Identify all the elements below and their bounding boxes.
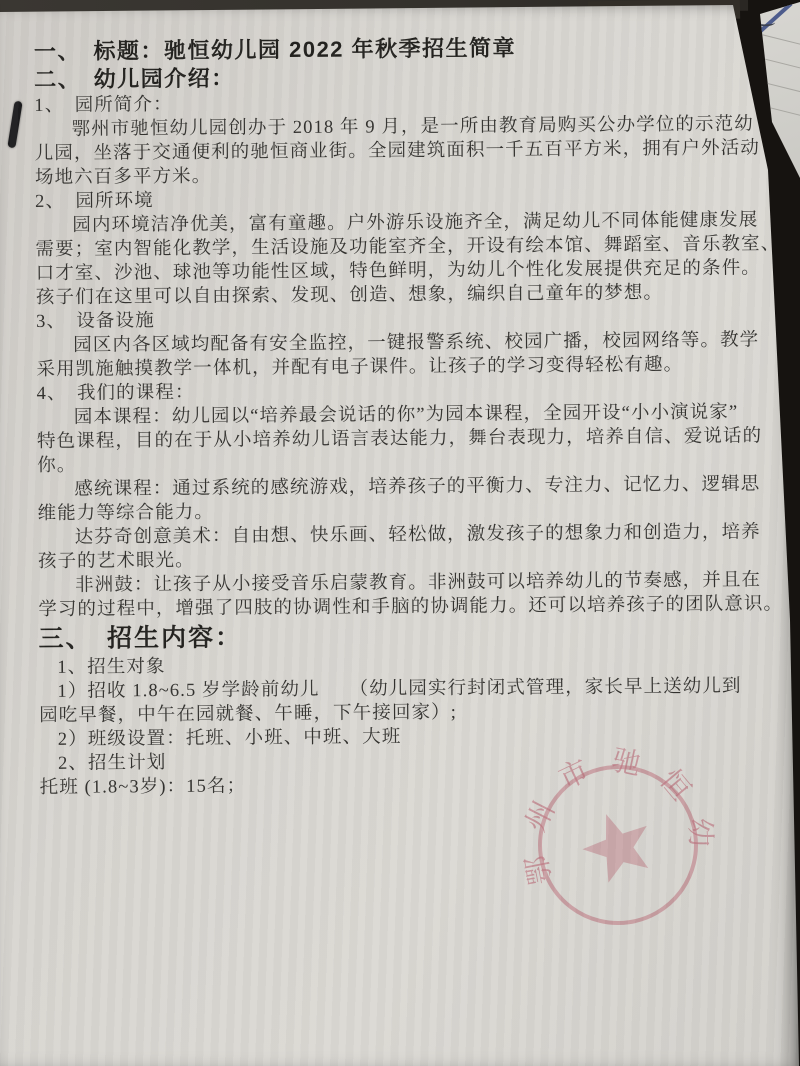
star-icon	[574, 802, 661, 887]
enrollment-plan-tuoban: 托班 (1.8~3岁)：15名；	[40, 770, 794, 800]
section-3-paragraph: 园区内各区域均配备有安全监控，一键报警系统、校园广播，校园网络等。教学 采用凯施…	[36, 328, 790, 382]
handwriting-scribble	[753, 17, 775, 27]
section-1-paragraph: 鄂州市驰恒幼儿园创办于 2018 年 9 月，是一所由教育局购买公办学位的示范幼…	[34, 112, 789, 190]
form-fragment-label: 数	[746, 38, 757, 50]
section-2-paragraph: 园内环境洁净优美，富有童趣。户外游乐设施齐全，满足幼儿不同体能健康发展 需要；室…	[35, 208, 790, 310]
course-paragraph-gantong: 感统课程：通过系统的感统游戏，培养孩子的平衡力、专注力、记忆力、逻辑思 维能力等…	[37, 472, 791, 526]
course-paragraph-art: 达芬奇创意美术：自由想、快乐画、轻松做，激发孩子的想象力和创造力，培养 孩子的艺…	[38, 520, 792, 574]
photo-of-document: { "page": { "paper_color": "#d8d6d1", "d…	[0, 0, 800, 1066]
document-content: 一、 标题：驰恒幼儿园 2022 年秋季招生简章 二、 幼儿园介绍： 1、 园所…	[0, 0, 800, 800]
course-paragraph-yuanben: 园本课程：幼儿园以“培养最会说话的你”为园本课程，全园开设“小小演说家” 特色课…	[37, 400, 792, 478]
document-paper: 一、 标题：驰恒幼儿园 2022 年秋季招生简章 二、 幼儿园介绍： 1、 园所…	[0, 0, 800, 1066]
course-paragraph-drum: 非洲鼓：让孩子从小接受音乐启蒙教育。非洲鼓可以培养幼儿的节奏感，并且在 学习的过…	[38, 568, 792, 622]
enrollment-target-item-1: 1）招收 1.8~6.5 岁学龄前幼儿 （幼儿园实行封闭式管理，家长早上送幼儿到…	[39, 674, 793, 728]
